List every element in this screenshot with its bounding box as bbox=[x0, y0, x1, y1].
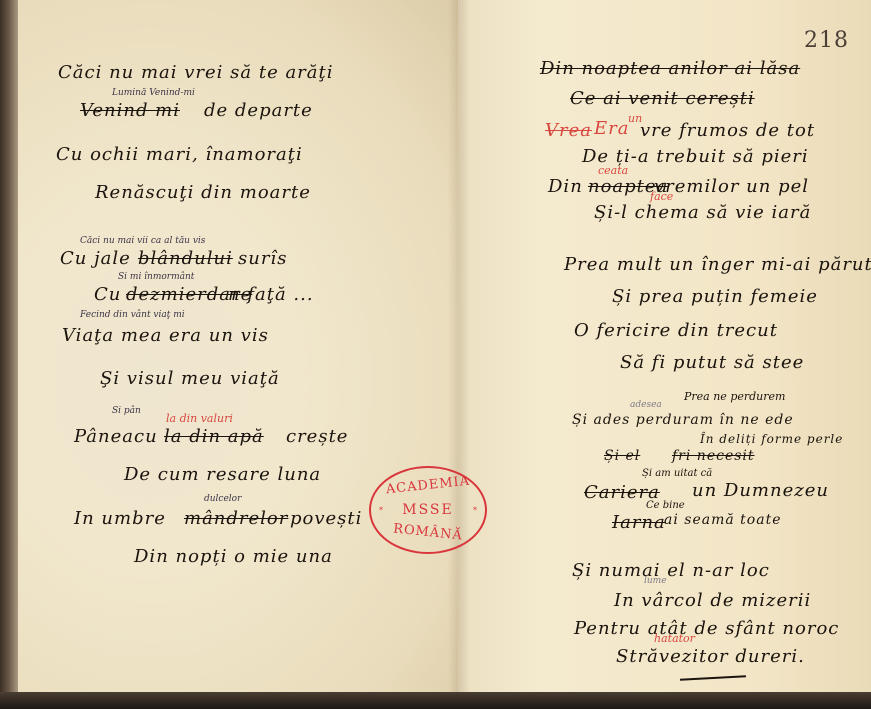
interlinear-insertion: Fecind din vânt viaţ mi bbox=[80, 310, 185, 320]
verse-word: In umbre bbox=[74, 508, 166, 529]
verse-word: cu bbox=[134, 426, 158, 447]
verse-line: O fericire din trecut bbox=[574, 320, 778, 341]
interlinear-insertion: Si pân bbox=[112, 406, 141, 416]
verse-line: Prea mult un înger mi-ai părut, bbox=[564, 254, 871, 275]
verse-word: crește bbox=[286, 426, 348, 447]
verse-line: Pentru atât de sfânt noroc bbox=[574, 618, 839, 639]
verse-word: ai seamă toate bbox=[664, 512, 781, 528]
verse-line: Și numai el n-ar loc bbox=[572, 560, 770, 581]
struck-word: fri necesit bbox=[672, 448, 755, 464]
verse-line: Cu ochii mari, înamoraţi bbox=[56, 144, 303, 165]
verse-line: Din nopți o mie una bbox=[134, 546, 333, 567]
verse-line: Străvezitor dureri. bbox=[616, 646, 805, 667]
interlinear-insertion: Prea ne perdurem bbox=[684, 390, 785, 403]
verse-line: Viaţa mea era un vis bbox=[62, 325, 269, 346]
star-icon: * bbox=[473, 506, 477, 515]
verse-line: Şi visul meu viaţă bbox=[100, 368, 280, 389]
interlinear-insertion: lume bbox=[644, 576, 667, 586]
academia-romana-stamp: ACADEMIA * MSSE * ROMÂNĂ bbox=[369, 466, 487, 554]
verse-word: Cu jale bbox=[60, 248, 131, 269]
verse-word: surîs bbox=[238, 248, 287, 269]
verse-line: Căci nu mai vrei să te arăţi bbox=[58, 62, 334, 83]
verse-word: Din bbox=[548, 176, 583, 197]
interlinear-insertion: Și am uitat că bbox=[642, 468, 712, 479]
interlinear-insertion: Căci nu mai vii ca al tău vis bbox=[80, 236, 205, 246]
verse-word: de departe bbox=[204, 100, 313, 121]
stamp-text-middle: MSSE bbox=[371, 502, 485, 518]
red-word: Era bbox=[594, 118, 629, 139]
interlinear-insertion: adesea bbox=[630, 400, 662, 410]
page-number: 218 bbox=[804, 28, 849, 53]
manuscript-spread: 218 Căci nu mai vrei să te arăţi Lumină … bbox=[0, 0, 871, 700]
verse-line: In vârcol de mizerii bbox=[614, 590, 811, 611]
verse-line: Și-l chema să vie iară bbox=[594, 202, 811, 223]
verse-line: Să fi putut să stee bbox=[620, 352, 804, 373]
verse-word: n faţă ... bbox=[228, 284, 314, 305]
struck-word: la din apă bbox=[164, 426, 264, 447]
verse-word: vremilor un pel bbox=[654, 176, 809, 197]
verse-word: povești bbox=[290, 508, 362, 529]
struck-word: blândului bbox=[138, 248, 233, 269]
interlinear-insertion: dulcelor bbox=[204, 494, 241, 504]
book-gutter bbox=[448, 0, 470, 696]
struck-word-red: Vrea bbox=[545, 120, 592, 141]
struck-line: Din noaptea anilor ai lăsa bbox=[540, 58, 800, 79]
struck-word: Venind mi bbox=[80, 100, 180, 121]
struck-word: Iarna bbox=[612, 512, 666, 533]
verse-line: Renăscuţi din moarte bbox=[95, 182, 311, 203]
struck-line: Ce ai venit cerești bbox=[570, 88, 755, 109]
red-insertion: la din valuri bbox=[166, 412, 233, 425]
verse-line: Și ades perduram în ne ede bbox=[572, 412, 794, 428]
red-insertion: hatator bbox=[654, 632, 695, 645]
verse-word: Pânea bbox=[74, 426, 134, 447]
verse-word: un Dumnezeu bbox=[692, 480, 829, 501]
verse-word: Cu bbox=[94, 284, 121, 305]
interlinear-insertion: Ce bine bbox=[646, 500, 685, 511]
interlinear-insertion: Lumină Venind-mi bbox=[112, 88, 195, 98]
struck-word: Și el bbox=[604, 448, 640, 464]
verse-fragment: În deliți forme perle bbox=[700, 432, 843, 446]
verse-word: vre frumos de tot bbox=[640, 120, 815, 141]
page-bottom-edge bbox=[0, 692, 871, 709]
interlinear-insertion: Si mi înmormânt bbox=[118, 272, 194, 282]
verse-line: Și prea puțin femeie bbox=[612, 286, 818, 307]
verse-line: De cum resare luna bbox=[124, 464, 321, 485]
struck-word: mândrelor bbox=[184, 508, 288, 529]
stamp-text-bottom: ROMÂNĂ bbox=[371, 519, 486, 546]
